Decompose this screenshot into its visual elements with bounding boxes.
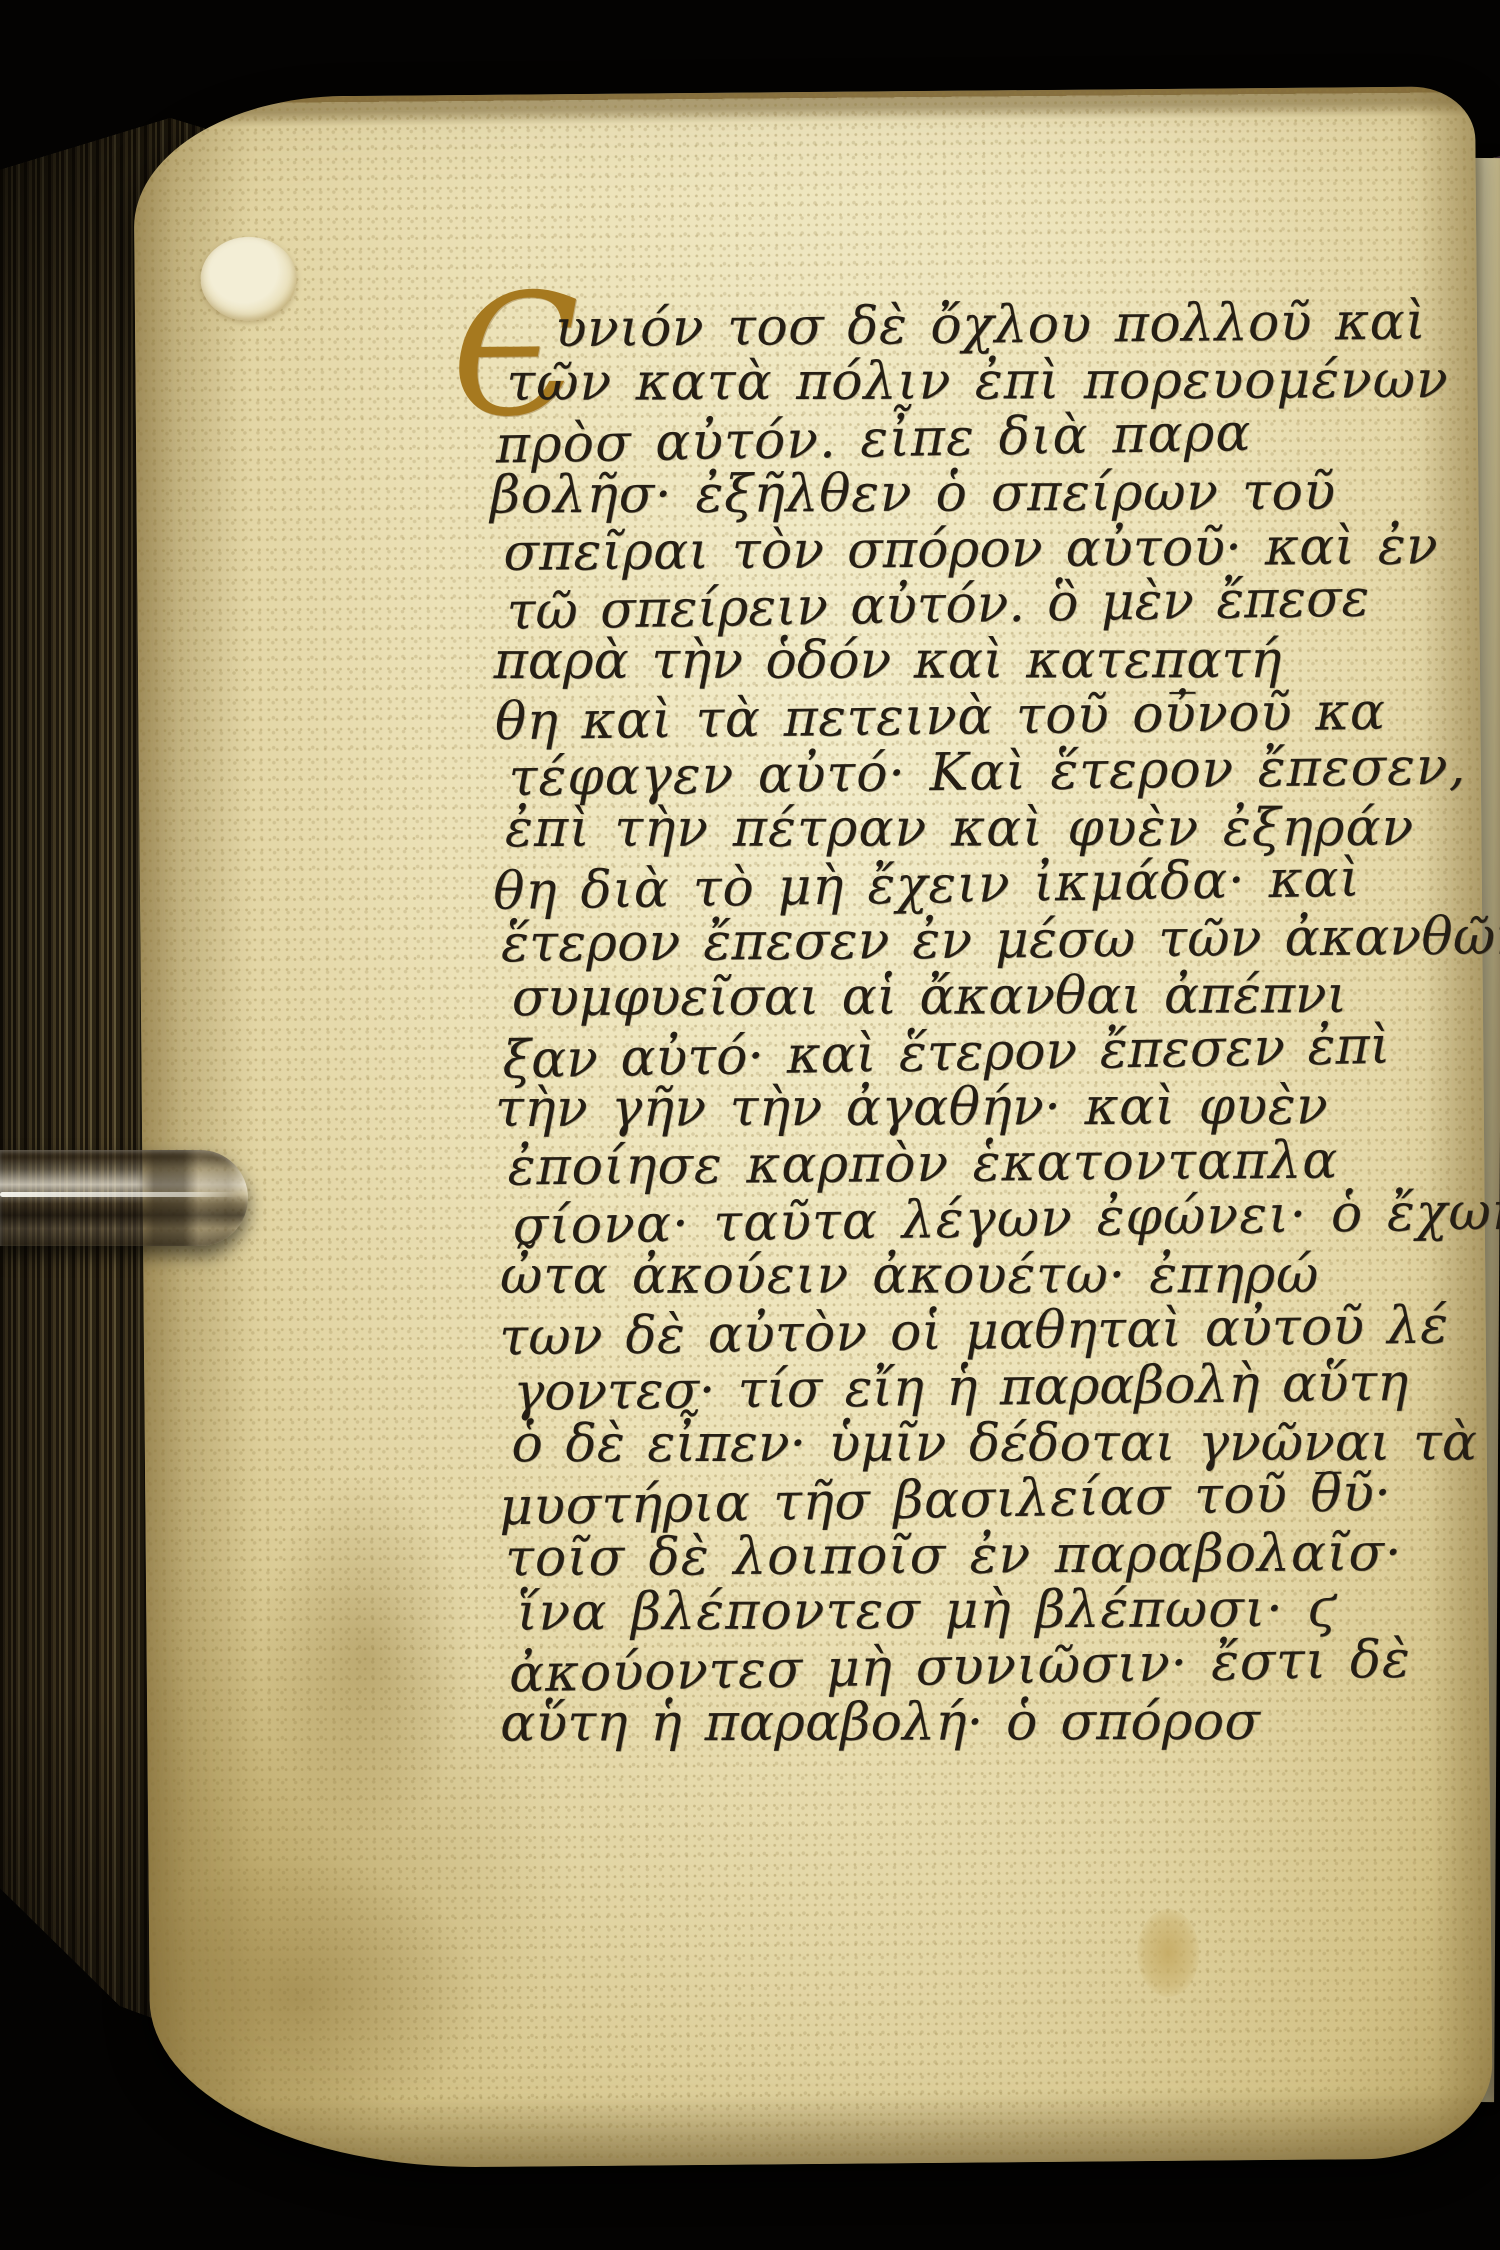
manuscript-line: τὴν γῆν τὴν ἀγαθήν· καὶ φυὲν (495, 1079, 1463, 1138)
manuscript-line: βολῆσ· ἐξῆλθεν ὁ σπείρων τοῦ (490, 464, 1458, 524)
parchment-stain (1137, 1909, 1200, 1998)
manuscript-line: τῶν κατὰ πόλιν ἐπὶ πορευομένων (506, 353, 1474, 412)
parchment-repair-circle (200, 236, 297, 321)
manuscript-line: γοντεσ· τίσ εἴη ἡ παραβολὴ αὕτη (513, 1355, 1482, 1421)
manuscript-photo: ἐορεἰτϛθβ Є υνιόν τοσ δὲ ὄχλου πολλοῦ κα… (0, 0, 1500, 2250)
manuscript-line: τοῖσ δὲ λοιποῖσ ἐν παραβολαῖσ· (505, 1525, 1473, 1587)
manuscript-page: Є υνιόν τοσ δὲ ὄχλου πολλοῦ καὶτῶν κατὰ … (133, 86, 1493, 2170)
glass-weight-rod (0, 1150, 248, 1246)
greek-text-block: υνιόν τοσ δὲ ὄχλου πολλοῦ καὶτῶν κατὰ πό… (497, 294, 1478, 1756)
manuscript-line: αὕτη ἡ παραβολή· ὁ σπόροσ (500, 1695, 1468, 1753)
rod-highlight (0, 1192, 238, 1197)
manuscript-line: υνιόν τοσ δὲ ὄχλου πολλοῦ καὶ (497, 294, 1465, 358)
manuscript-line: ἕτερον ἔπεσεν ἐν μέσω τῶν ἀκανθῶν· καὶ (501, 910, 1469, 973)
